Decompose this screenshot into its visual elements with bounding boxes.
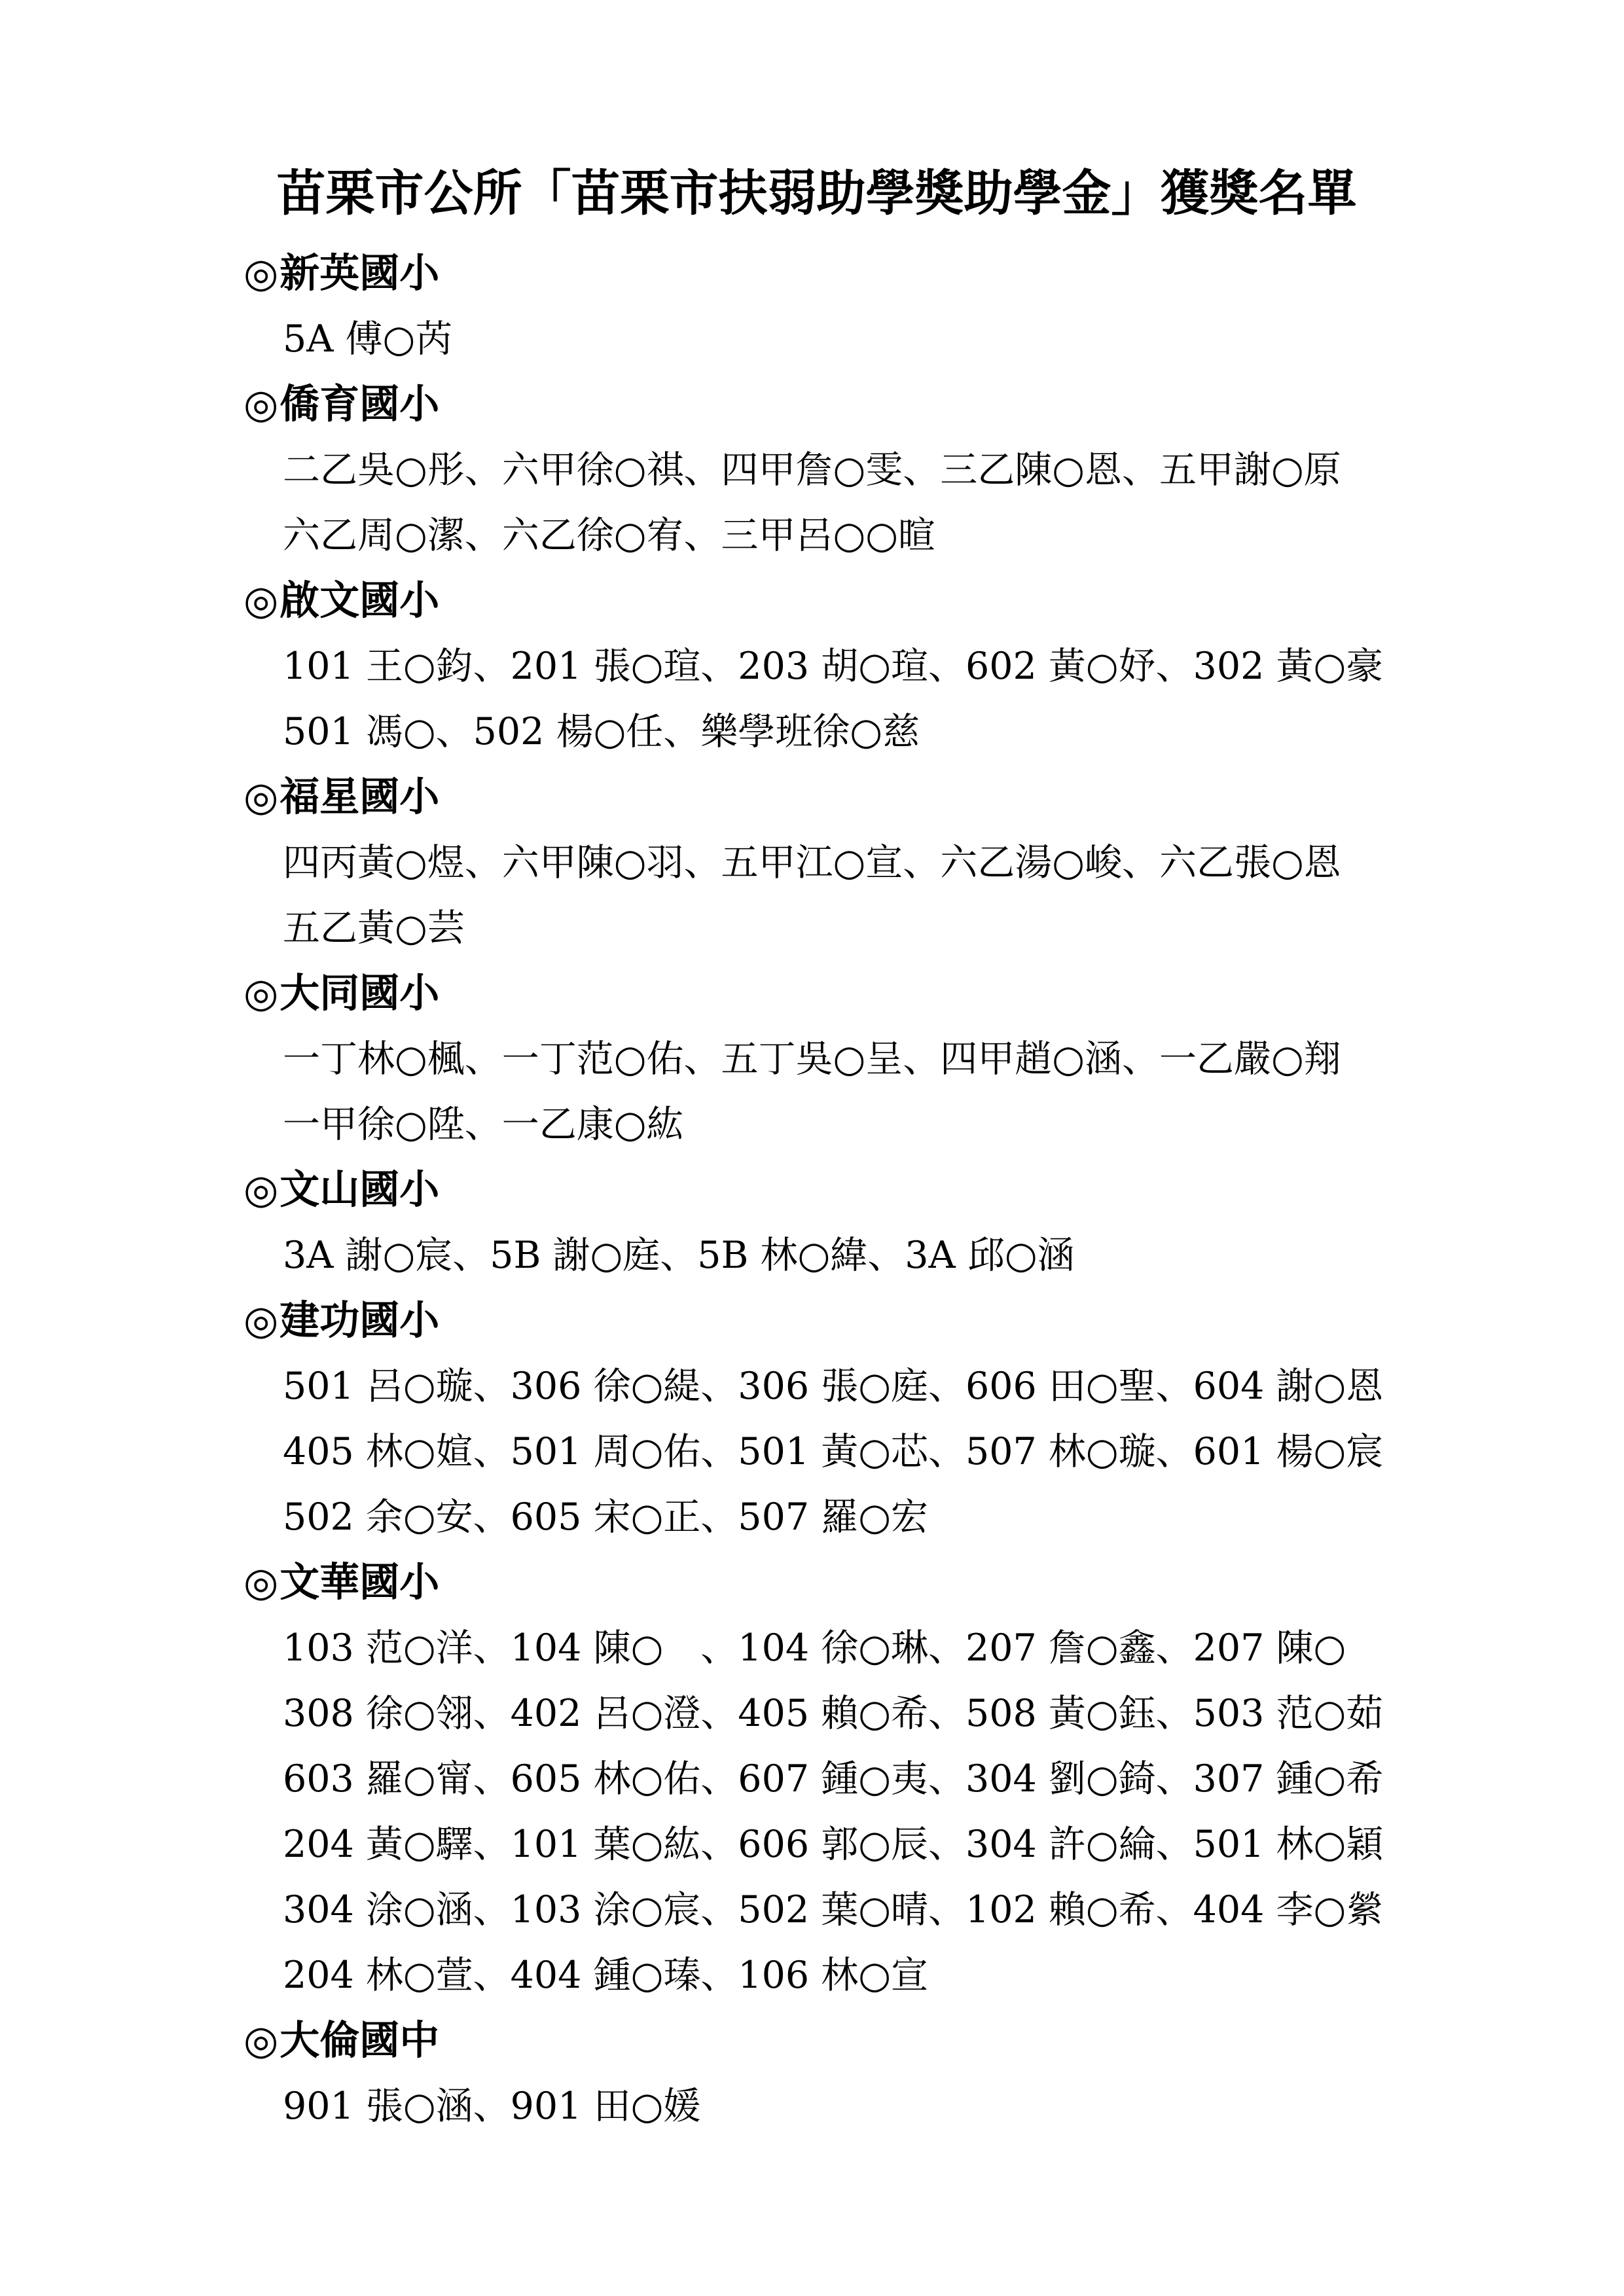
student-line: 一甲徐○陞、一乙康○紘 (244, 1092, 1390, 1157)
student-line: 204 黃○驛、101 葉○紘、606 郭○辰、304 許○綸、501 林○穎 (244, 1812, 1390, 1877)
document-page: 苗栗市公所「苗栗市扶弱助學獎助學金」獲獎名單 ◎新英國小 5A 傅○芮 ◎僑育國… (0, 0, 1624, 2296)
student-line: 502 余○安、605 宋○正、507 羅○宏 (244, 1484, 1390, 1550)
student-line: 六乙周○潔、六乙徐○宥、三甲呂○○暄 (244, 503, 1390, 568)
student-line: 一丁林○楓、一丁范○佑、五丁吳○呈、四甲趙○涵、一乙嚴○翔 (244, 1026, 1390, 1092)
school-section-wenhua: ◎文華國小 103 范○洋、104 陳○ 、104 徐○琳、207 詹○鑫、20… (244, 1550, 1390, 2008)
student-line: 204 林○萱、404 鍾○瑧、106 林○宣 (244, 1943, 1390, 2008)
school-section-fuxing: ◎福星國小 四丙黃○煜、六甲陳○羽、五甲江○宣、六乙湯○峻、六乙張○恩 五乙黃○… (244, 764, 1390, 961)
student-line: 308 徐○翎、402 呂○澄、405 賴○希、508 黃○鈺、503 范○茹 (244, 1681, 1390, 1746)
school-name: 文華國小 (280, 1559, 439, 1605)
double-circle-bullet-icon: ◎ (244, 1297, 278, 1344)
school-section-qiwen: ◎啟文國小 101 王○鈞、201 張○瑄、203 胡○瑄、602 黃○妤、30… (244, 568, 1390, 764)
student-line: 501 呂○璇、306 徐○緹、306 張○庭、606 田○聖、604 謝○恩 (244, 1354, 1390, 1419)
student-line: 501 馮○、502 楊○任、樂學班徐○慈 (244, 699, 1390, 764)
school-heading: ◎文山國小 (244, 1157, 1390, 1223)
double-circle-bullet-icon: ◎ (244, 250, 278, 296)
school-heading: ◎建功國小 (244, 1288, 1390, 1354)
double-circle-bullet-icon: ◎ (244, 1166, 278, 1213)
school-heading: ◎大倫國中 (244, 2008, 1390, 2073)
double-circle-bullet-icon: ◎ (244, 774, 278, 820)
school-section-dalun: ◎大倫國中 901 張○涵、901 田○媛 (244, 2008, 1390, 2139)
student-line: 3A 謝○宸、5B 謝○庭、5B 林○緯、3A 邱○涵 (244, 1223, 1390, 1288)
student-line: 304 涂○涵、103 涂○宸、502 葉○晴、102 賴○希、404 李○縈 (244, 1877, 1390, 1943)
double-circle-bullet-icon: ◎ (244, 1559, 278, 1605)
double-circle-bullet-icon: ◎ (244, 970, 278, 1016)
double-circle-bullet-icon: ◎ (244, 2017, 278, 2064)
school-section-wenshan: ◎文山國小 3A 謝○宸、5B 謝○庭、5B 林○緯、3A 邱○涵 (244, 1157, 1390, 1288)
school-section-jiangong: ◎建功國小 501 呂○璇、306 徐○緹、306 張○庭、606 田○聖、60… (244, 1288, 1390, 1550)
school-name: 福星國小 (280, 774, 439, 820)
school-section-xinying: ◎新英國小 5A 傅○芮 (244, 241, 1390, 372)
school-section-qiaoyu: ◎僑育國小 二乙吳○彤、六甲徐○祺、四甲詹○雯、三乙陳○恩、五甲謝○原 六乙周○… (244, 372, 1390, 568)
student-line: 901 張○涵、901 田○媛 (244, 2073, 1390, 2139)
school-name: 大倫國中 (280, 2017, 439, 2064)
school-heading: ◎啟文國小 (244, 568, 1390, 634)
school-heading: ◎文華國小 (244, 1550, 1390, 1615)
school-heading: ◎新英國小 (244, 241, 1390, 306)
school-name: 新英國小 (280, 250, 439, 296)
student-line: 101 王○鈞、201 張○瑄、203 胡○瑄、602 黃○妤、302 黃○豪 (244, 634, 1390, 699)
school-name: 啟文國小 (280, 577, 439, 624)
school-heading: ◎僑育國小 (244, 372, 1390, 437)
school-name: 文山國小 (280, 1166, 439, 1213)
student-line: 103 范○洋、104 陳○ 、104 徐○琳、207 詹○鑫、207 陳○ (244, 1615, 1390, 1681)
school-name: 僑育國小 (280, 381, 439, 427)
student-line: 603 羅○甯、605 林○佑、607 鍾○夷、304 劉○錡、307 鍾○希 (244, 1746, 1390, 1812)
student-line: 二乙吳○彤、六甲徐○祺、四甲詹○雯、三乙陳○恩、五甲謝○原 (244, 437, 1390, 503)
school-heading: ◎大同國小 (244, 961, 1390, 1026)
student-line: 五乙黃○芸 (244, 895, 1390, 961)
student-line: 5A 傅○芮 (244, 306, 1390, 372)
school-name: 大同國小 (280, 970, 439, 1016)
school-section-datong: ◎大同國小 一丁林○楓、一丁范○佑、五丁吳○呈、四甲趙○涵、一乙嚴○翔 一甲徐○… (244, 961, 1390, 1157)
page-title: 苗栗市公所「苗栗市扶弱助學獎助學金」獲獎名單 (244, 156, 1390, 230)
double-circle-bullet-icon: ◎ (244, 381, 278, 427)
student-line: 四丙黃○煜、六甲陳○羽、五甲江○宣、六乙湯○峻、六乙張○恩 (244, 830, 1390, 895)
school-heading: ◎福星國小 (244, 764, 1390, 830)
student-line: 405 林○媗、501 周○佑、501 黃○芯、507 林○璇、601 楊○宸 (244, 1419, 1390, 1484)
double-circle-bullet-icon: ◎ (244, 577, 278, 624)
school-name: 建功國小 (280, 1297, 439, 1344)
